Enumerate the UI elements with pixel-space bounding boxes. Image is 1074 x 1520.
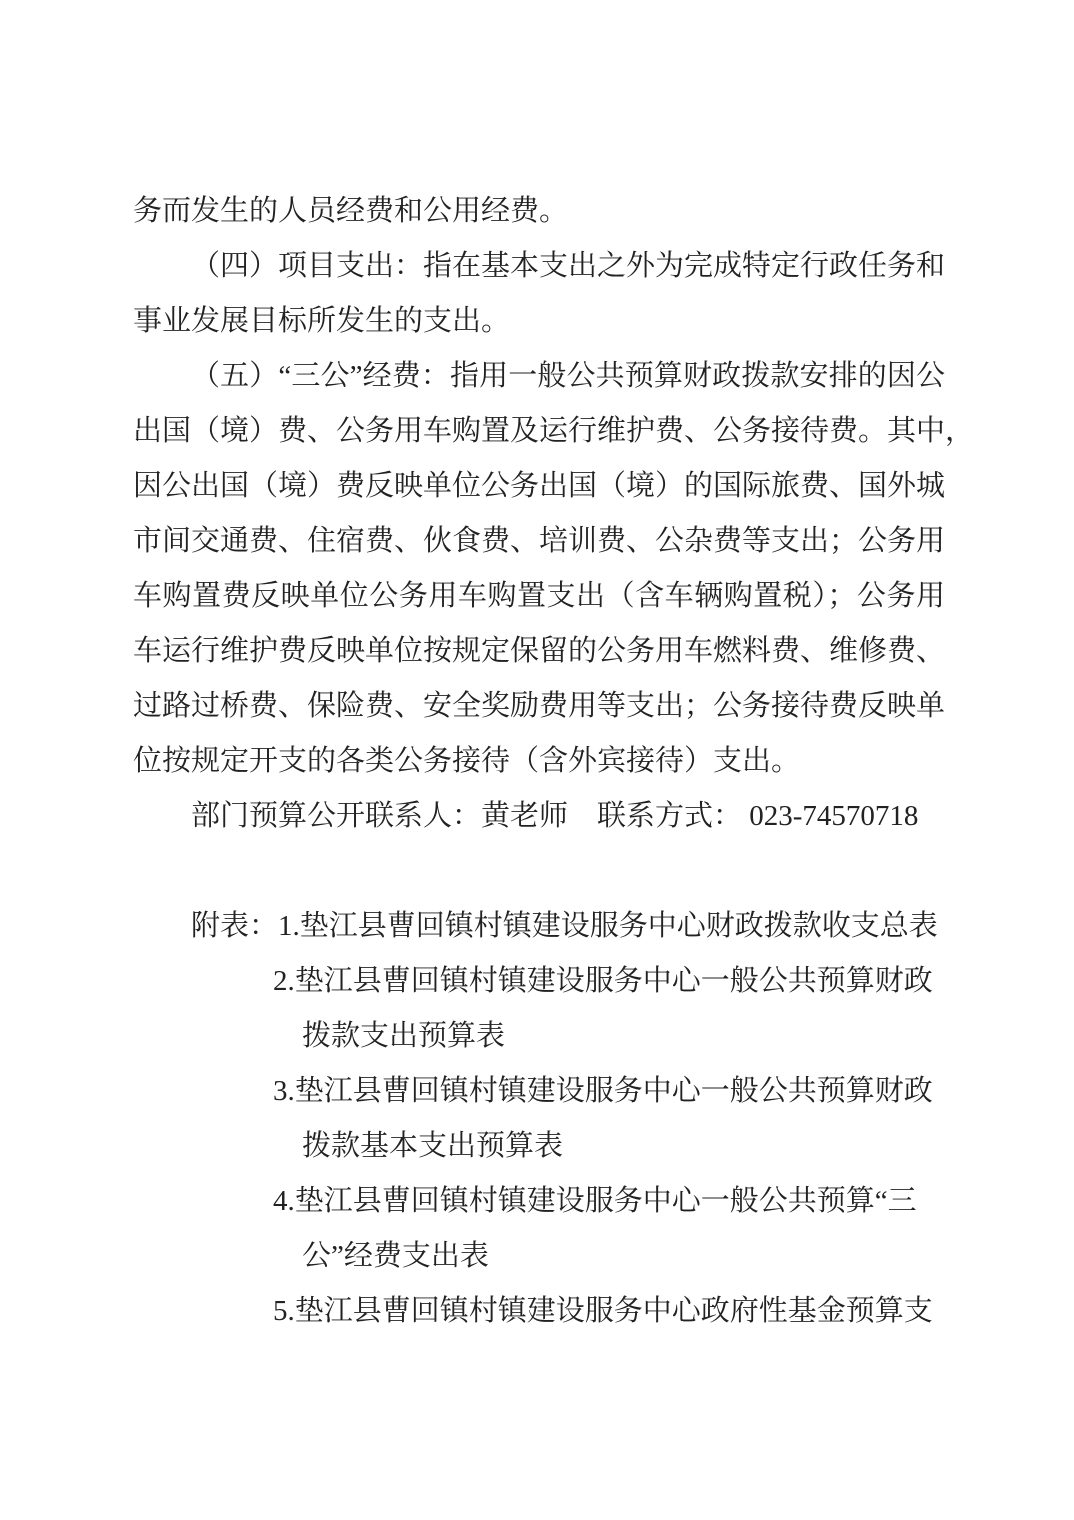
document-page: 务而发生的人员经费和公用经费。 （四）项目支出：指在基本支出之外为完成特定行政任…: [0, 0, 1074, 1520]
body-line: （四）项目支出：指在基本支出之外为完成特定行政任务和: [133, 239, 945, 294]
body-line: 车运行维护费反映单位按规定保留的公务用车燃料费、维修费、: [133, 624, 945, 679]
body-line: 市间交通费、住宿费、伙食费、培训费、公杂费等支出；公务用: [133, 514, 945, 569]
body-text-block: 务而发生的人员经费和公用经费。 （四）项目支出：指在基本支出之外为完成特定行政任…: [133, 184, 945, 844]
appendix-item-line: 4.垫江县曹回镇村镇建设服务中心一般公共预算“三: [133, 1174, 945, 1229]
body-line: 务而发生的人员经费和公用经费。: [133, 184, 945, 239]
contact-line: 部门预算公开联系人：黄老师 联系方式： 023-74570718: [133, 789, 945, 844]
body-line: （五）“三公”经费：指用一般公共预算财政拨款安排的因公: [133, 349, 945, 404]
appendix-item-line: 3.垫江县曹回镇村镇建设服务中心一般公共预算财政: [133, 1064, 945, 1119]
appendix-continuation-line: 拨款支出预算表: [133, 1009, 945, 1064]
appendix-continuation-line: 公”经费支出表: [133, 1229, 945, 1284]
body-line: 因公出国（境）费反映单位公务出国（境）的国际旅费、国外城: [133, 459, 945, 514]
body-line: 过路过桥费、保险费、安全奖励费用等支出；公务接待费反映单: [133, 679, 945, 734]
appendix-header-line: 附表：1.垫江县曹回镇村镇建设服务中心财政拨款收支总表: [133, 899, 945, 954]
appendix-item-line: 2.垫江县曹回镇村镇建设服务中心一般公共预算财政: [133, 954, 945, 1009]
appendix-item-line: 5.垫江县曹回镇村镇建设服务中心政府性基金预算支: [133, 1284, 945, 1339]
body-line: 车购置费反映单位公务用车购置支出（含车辆购置税）；公务用: [133, 569, 945, 624]
body-line: 位按规定开支的各类公务接待（含外宾接待）支出。: [133, 734, 945, 789]
body-line: 出国（境）费、公务用车购置及运行维护费、公务接待费。其中，: [133, 404, 945, 459]
appendix-list: 附表：1.垫江县曹回镇村镇建设服务中心财政拨款收支总表 2.垫江县曹回镇村镇建设…: [133, 899, 945, 1339]
body-line: 事业发展目标所发生的支出。: [133, 294, 945, 349]
document-content: 务而发生的人员经费和公用经费。 （四）项目支出：指在基本支出之外为完成特定行政任…: [133, 184, 945, 1339]
appendix-continuation-line: 拨款基本支出预算表: [133, 1119, 945, 1174]
